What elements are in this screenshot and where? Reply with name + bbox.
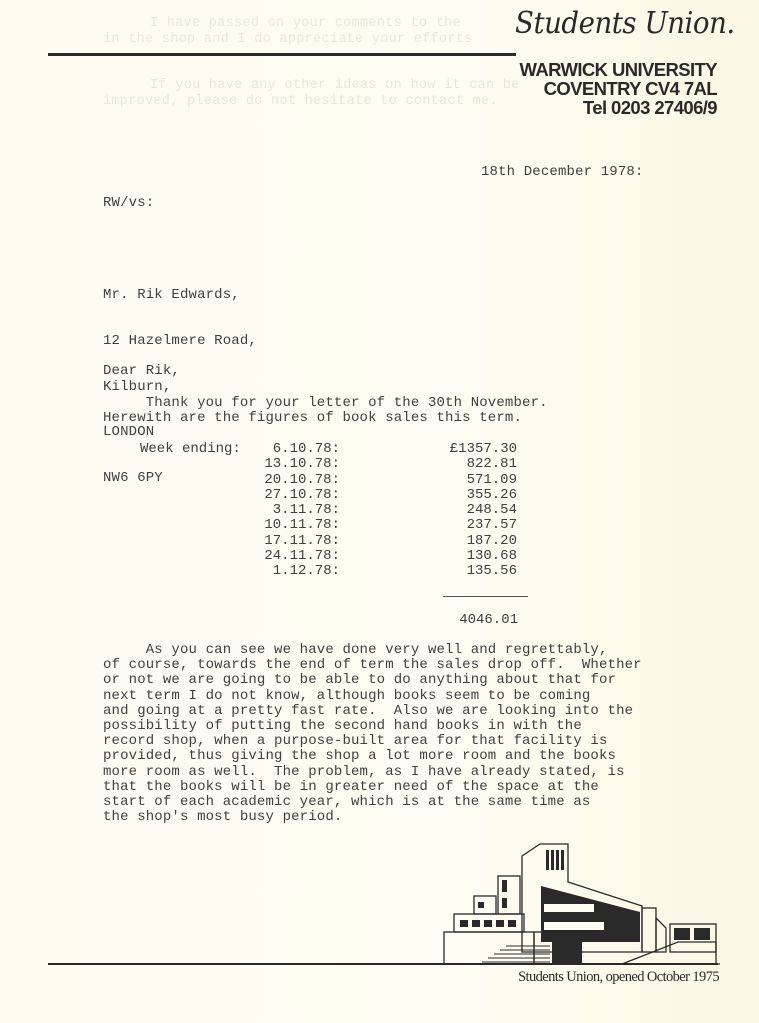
reference: RW/vs: <box>103 196 154 211</box>
week-date: 13.10.78: <box>248 457 340 472</box>
week-date: 27.10.78: <box>248 488 340 503</box>
paragraph-intro: Thank you for your letter of the 30th No… <box>103 396 548 426</box>
week-date: 6.10.78: <box>248 442 340 457</box>
total-rule <box>443 596 528 597</box>
footer-caption: Students Union, opened October 1975 <box>518 969 719 986</box>
address-line: Kilburn, <box>103 380 257 395</box>
week-date: 24.11.78: <box>248 549 340 564</box>
sales-row: 17.11.78:187.20 <box>140 534 517 549</box>
sales-row: 27.10.78:355.26 <box>140 488 517 503</box>
sales-amount: 822.81 <box>340 457 517 472</box>
letterhead-rule <box>48 53 516 56</box>
sales-table: Week ending:6.10.78:£1357.30 13.10.78:82… <box>140 442 517 580</box>
address-line: Mr. Rik Edwards, <box>103 288 257 303</box>
sales-amount: £1357.30 <box>340 442 517 457</box>
show-through-text: improved, please do not hesitate to cont… <box>103 94 498 109</box>
sales-row: 24.11.78:130.68 <box>140 549 517 564</box>
sales-row: 10.11.78:237.57 <box>140 518 517 533</box>
address-line: 12 Hazelmere Road, <box>103 334 257 349</box>
show-through-text: in the shop and I do appreciate your eff… <box>103 32 473 47</box>
sales-row: 13.10.78:822.81 <box>140 457 517 472</box>
sales-amount: 135.56 <box>340 564 517 579</box>
week-date: 3.11.78: <box>248 503 340 518</box>
sales-total: 4046.01 <box>443 612 518 628</box>
letterhead-line: WARWICK UNIVERSITY <box>519 60 717 79</box>
sales-amount: 571.09 <box>340 473 517 488</box>
week-date: 10.11.78: <box>248 518 340 533</box>
letterhead-line: COVENTRY CV4 7AL <box>519 79 717 98</box>
sales-amount: 355.26 <box>340 488 517 503</box>
sales-row: 20.10.78:571.09 <box>140 473 517 488</box>
students-union-logo: Students Union. <box>515 6 735 41</box>
week-date: 17.11.78: <box>248 534 340 549</box>
sales-row: 3.11.78:248.54 <box>140 503 517 518</box>
sales-amount: 248.54 <box>340 503 517 518</box>
paragraph-body: As you can see we have done very well an… <box>103 643 642 825</box>
letterhead-address: WARWICK UNIVERSITY COVENTRY CV4 7AL Tel … <box>519 60 717 117</box>
week-date: 1.12.78: <box>248 564 340 579</box>
sales-amount: 237.57 <box>340 518 517 533</box>
salutation: Dear Rik, <box>103 364 180 379</box>
show-through-text: If you have any other ideas on how it ca… <box>150 78 520 93</box>
sales-amount: 187.20 <box>340 534 517 549</box>
letterhead-line: Tel 0203 27406/9 <box>519 98 717 117</box>
sales-row: Week ending:6.10.78:£1357.30 <box>140 442 517 457</box>
students-union-building-illustration <box>442 842 720 966</box>
address-line: LONDON <box>103 425 257 440</box>
sales-row: 1.12.78:135.56 <box>140 564 517 579</box>
sales-amount: 130.68 <box>340 549 517 564</box>
letter-date: 18th December 1978: <box>481 165 643 180</box>
week-date: 20.10.78: <box>248 473 340 488</box>
footer-rule <box>48 963 718 965</box>
sales-label: Week ending: <box>140 442 248 457</box>
show-through-text: I have passed on your comments to the <box>150 16 461 31</box>
